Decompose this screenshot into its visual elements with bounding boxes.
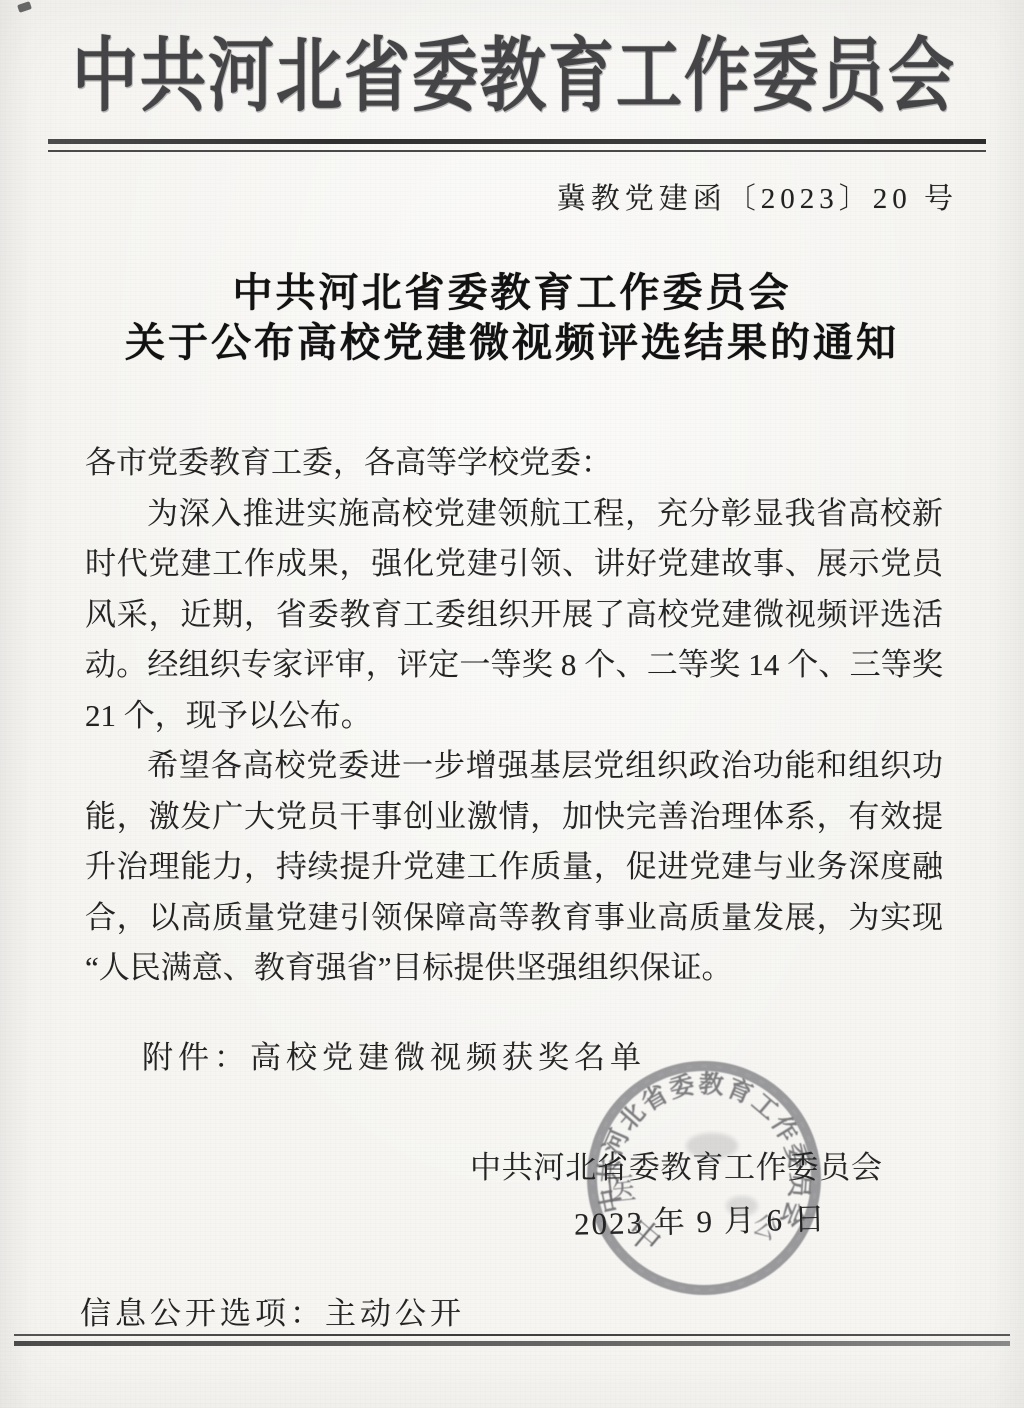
attachment-line: 附件：高校党建微视频获奖名单 <box>142 1032 646 1077</box>
notice-title-line1: 中共河北省委教育工作委员会 <box>0 268 1024 318</box>
signature-date: 2023 年 9 月 6 日 <box>574 1193 828 1243</box>
paragraph1-line: 风采，近期，省委教育工委组织开展了高校党建微视频评选活 <box>85 590 943 641</box>
header-rule-thin <box>48 150 986 152</box>
disclosure-option-line: 信息公开选项：主动公开 <box>80 1288 465 1333</box>
paragraph2-line: 能，激发广大党员干事创业激情，加快完善治理体系，有效提 <box>85 792 943 843</box>
paragraph1-line: 21 个，现予以公布。 <box>85 691 943 742</box>
paragraph2-line: 升治理能力，持续提升党建工作质量，促进党建与业务深度融 <box>85 842 943 893</box>
footer-rule-thin <box>14 1334 1010 1336</box>
scan-artifact-speck <box>17 1 32 13</box>
paragraph1-line: 动。经组织专家评审，评定一等奖 8 个、二等奖 14 个、三等奖 <box>85 640 943 691</box>
signature-org: 中共河北省委教育工作委员会 <box>470 1142 882 1187</box>
paragraph2-line: “人民满意、教育强省”目标提供坚强组织保证。 <box>85 943 943 994</box>
notice-title: 中共河北省委教育工作委员会 关于公布高校党建微视频评选结果的通知 <box>0 268 1024 368</box>
footer-rule-thick <box>14 1341 1010 1346</box>
document-number: 冀教党建函〔2023〕20 号 <box>557 176 958 217</box>
header-rule-thick <box>48 139 986 144</box>
salutation-line: 各市党委教育工委，各高等学校党委： <box>85 438 943 489</box>
notice-body: 各市党委教育工委，各高等学校党委： 为深入推进实施高校党建领航工程，充分彰显我省… <box>85 438 943 994</box>
scanned-document-page: 中共河北省委教育工作委员会 冀教党建函〔2023〕20 号 中共河北省委教育工作… <box>0 0 1024 1408</box>
paragraph1-line: 时代党建工作成果，强化党建引领、讲好党建故事、展示党员 <box>85 539 943 590</box>
letterhead-org-title: 中共河北省委教育工作委员会 <box>72 34 952 122</box>
paragraph2-line: 希望各高校党委进一步增强基层党组织政治功能和组织功 <box>85 741 943 792</box>
paragraph2-line: 合，以高质量党建引领保障高等教育事业高质量发展，为实现 <box>85 893 943 944</box>
paragraph1-line: 为深入推进实施高校党建领航工程，充分彰显我省高校新 <box>85 489 943 540</box>
notice-title-line2: 关于公布高校党建微视频评选结果的通知 <box>0 318 1024 368</box>
